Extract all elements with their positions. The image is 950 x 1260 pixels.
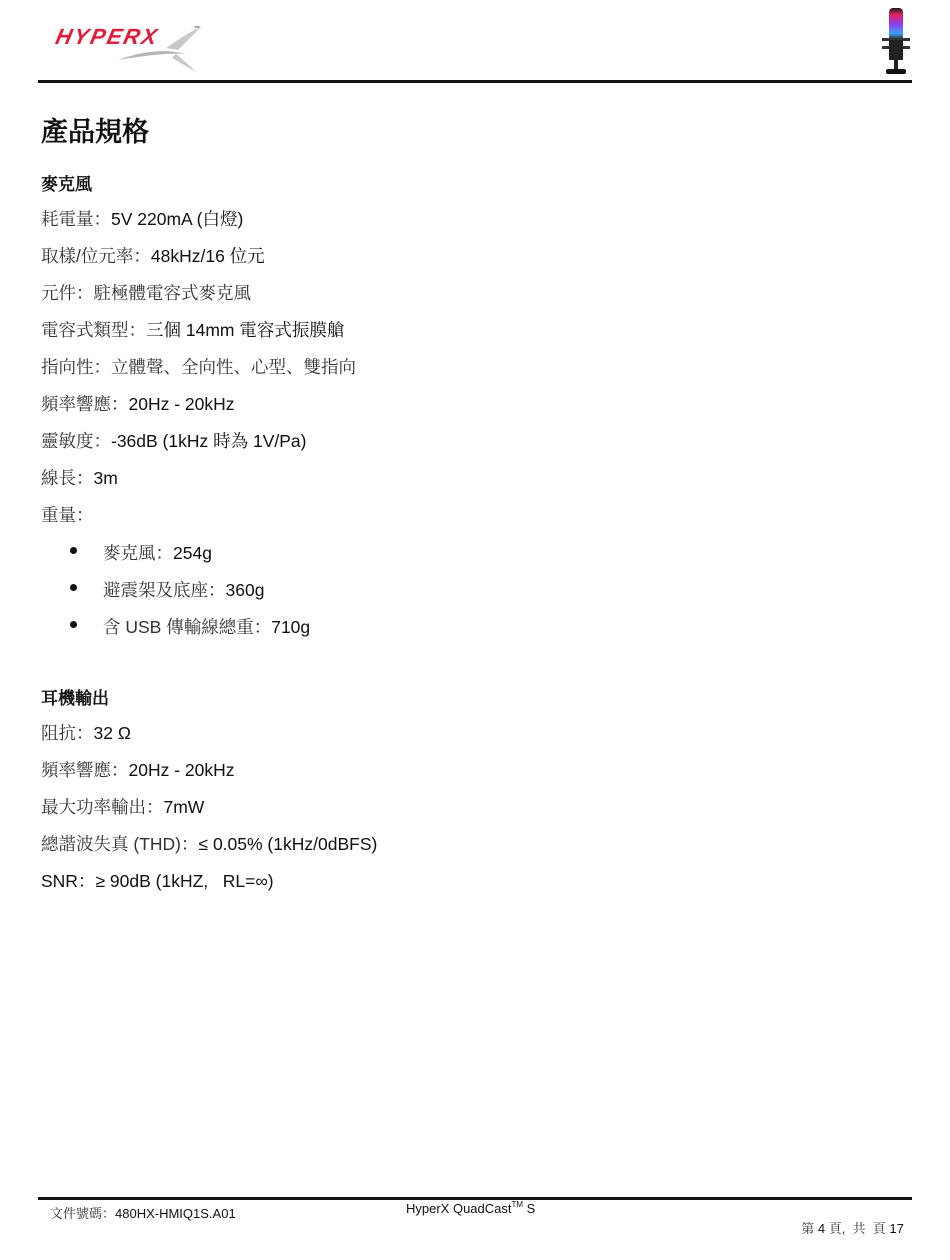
spec-thd: 總諧波失真 (THD)：≤ 0.05% (1kHz/0dBFS) (41, 831, 377, 856)
spec-max-power-output: 最大功率輸出：7mW (41, 794, 204, 819)
document-number: 文件號碼：480HX-HMIQ1S.A01 (50, 1203, 236, 1222)
spec-value: 三個 14mm 電容式振膜艙 (146, 320, 344, 340)
spec-frequency-response: 頻率響應：20Hz - 20kHz (41, 757, 235, 782)
spec-label: 元件： (41, 283, 94, 303)
page-number: 第 4 頁, 共 頁 17 (794, 1203, 904, 1237)
spec-value: ≥ 90dB (1kHZ, RL=∞) (95, 871, 273, 891)
page-header: HYPERX ™ (0, 0, 950, 84)
microphone-product-icon (880, 6, 912, 78)
spec-label: 阻抗： (41, 723, 94, 743)
spec-value: 3m (94, 468, 118, 488)
spec-value: 48kHz/16 位元 (151, 246, 265, 266)
spec-label: 總諧波失真 (THD)： (41, 834, 198, 854)
bullet-icon (70, 621, 77, 628)
spec-value: 立體聲、全向性、心型、雙指向 (111, 357, 356, 377)
spec-power-consumption: 耗電量：5V 220mA (白燈) (41, 206, 243, 231)
logo-trademark: ™ (194, 26, 200, 32)
document-number-label: 文件號碼： (50, 1206, 115, 1221)
spec-label: 電容式類型： (41, 320, 146, 340)
spec-cable-length: 線長：3m (41, 465, 118, 490)
weight-value: 360g (226, 580, 265, 600)
page-total: 17 (889, 1221, 903, 1236)
section-heading-microphone: 麥克風 (41, 170, 92, 195)
spec-label: 頻率響應： (41, 760, 129, 780)
hyperx-logo: HYPERX ™ (56, 18, 206, 70)
product-trademark: TM (512, 1200, 524, 1209)
weight-label: 麥克風： (103, 543, 173, 563)
bullet-icon (70, 584, 77, 591)
spec-label: 靈敏度： (41, 431, 111, 451)
spec-sample-rate: 取樣/位元率：48kHz/16 位元 (41, 243, 265, 268)
product-name: HyperX QuadCast (406, 1201, 512, 1216)
spec-capsule-type: 電容式類型：三個 14mm 電容式振膜艙 (41, 317, 344, 342)
spec-value: 駐極體電容式麥克風 (94, 283, 252, 303)
bullet-icon (70, 547, 77, 554)
spec-sensitivity: 靈敏度：-36dB (1kHz 時為 1V/Pa) (41, 428, 306, 453)
spec-value: 20Hz - 20kHz (129, 394, 235, 414)
weight-label: 避震架及底座： (103, 580, 226, 600)
spec-weight: 重量： (41, 502, 94, 527)
spec-value: ≤ 0.05% (1kHz/0dBFS) (198, 834, 377, 854)
spec-value: 20Hz - 20kHz (129, 760, 235, 780)
spec-label: 取樣/位元率： (41, 246, 151, 266)
weight-value: 254g (173, 543, 212, 563)
spec-label: 線長： (41, 468, 94, 488)
page-current: 4 (818, 1221, 825, 1236)
spec-label: 最大功率輸出： (41, 797, 164, 817)
spec-value: 5V 220mA (白燈) (111, 209, 243, 229)
spec-label: 頻率響應： (41, 394, 129, 414)
document-number-value: 480HX-HMIQ1S.A01 (115, 1206, 236, 1221)
spec-element: 元件：駐極體電容式麥克風 (41, 280, 251, 305)
spec-label: 重量： (41, 505, 94, 525)
page-title: 產品規格 (41, 110, 149, 149)
page-prefix: 第 (801, 1221, 818, 1236)
spec-label: SNR： (41, 871, 95, 891)
spec-value: 32 Ω (94, 723, 131, 743)
weight-label: 含 USB 傳輸線總重： (103, 617, 271, 637)
spec-frequency-response: 頻率響應：20Hz - 20kHz (41, 391, 235, 416)
spec-snr: SNR：≥ 90dB (1kHZ, RL=∞) (41, 868, 274, 893)
logo-text: HYPERX (53, 24, 161, 50)
product-suffix: S (523, 1201, 535, 1216)
spec-polar-patterns: 指向性：立體聲、全向性、心型、雙指向 (41, 354, 356, 379)
page-middle: 頁, 共 頁 (825, 1221, 889, 1236)
footer-product-name: HyperX QuadCastTM S (406, 1200, 535, 1216)
spec-impedance: 阻抗：32 Ω (41, 720, 131, 745)
spec-label: 耗電量： (41, 209, 111, 229)
header-divider (38, 80, 912, 83)
spec-value: 7mW (164, 797, 205, 817)
spec-value: -36dB (1kHz 時為 1V/Pa) (111, 431, 306, 451)
section-heading-headphone-output: 耳機輸出 (41, 684, 109, 709)
weight-value: 710g (271, 617, 310, 637)
spec-label: 指向性： (41, 357, 111, 377)
